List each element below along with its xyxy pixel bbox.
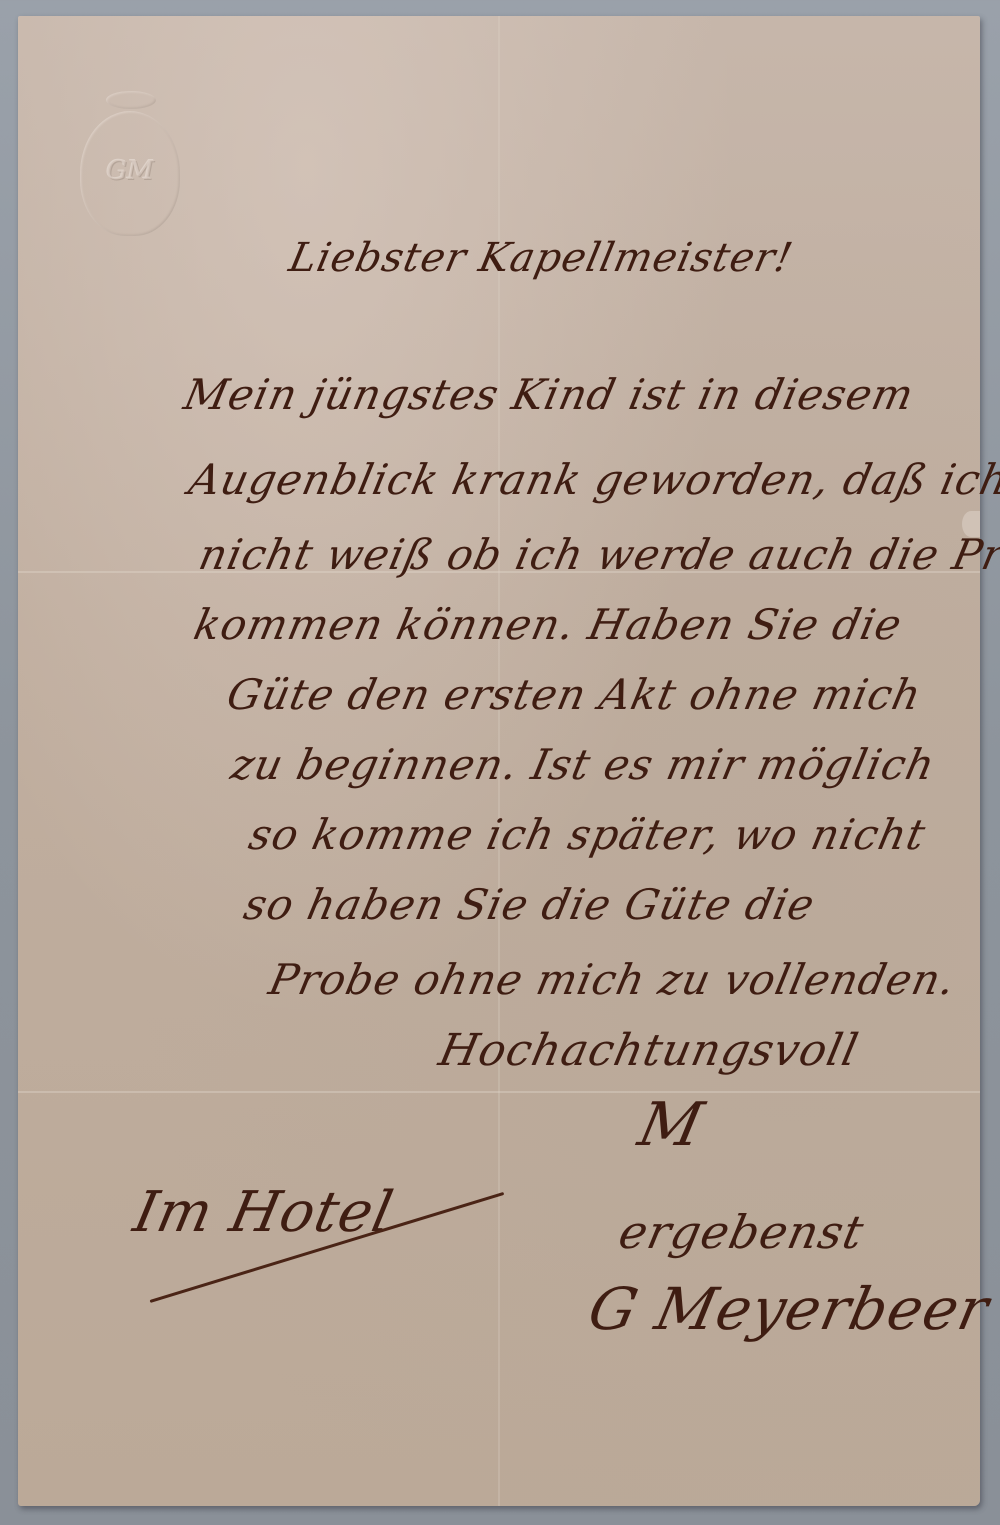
body-line: Probe ohne mich zu vollenden. (265, 955, 960, 1004)
body-line: nicht weiß ob ich werde auch die Probe (195, 530, 1000, 579)
body-line: Augenblick krank geworden, daß ich (185, 455, 1000, 504)
body-line: zu beginnen. Ist es mir möglich (227, 740, 940, 789)
body-line: Güte den ersten Akt ohne mich (223, 670, 926, 719)
salutation: Liebster Kapellmeister! (285, 235, 797, 281)
body-line: kommen können. Haben Sie die (190, 600, 907, 649)
signature: G Meyerbeer (583, 1275, 995, 1343)
body-line: so komme ich später, wo nicht (245, 810, 930, 859)
closing: Hochachtungsvoll (435, 1025, 863, 1076)
body-line: so haben Sie die Güte die (240, 880, 820, 929)
embossed-crown-icon (106, 91, 156, 109)
body-line: Mein jüngstes Kind ist in diesem (180, 370, 919, 419)
embossed-monogram: GM (100, 156, 160, 186)
signature-ergebenst: ergebenst (614, 1205, 869, 1259)
